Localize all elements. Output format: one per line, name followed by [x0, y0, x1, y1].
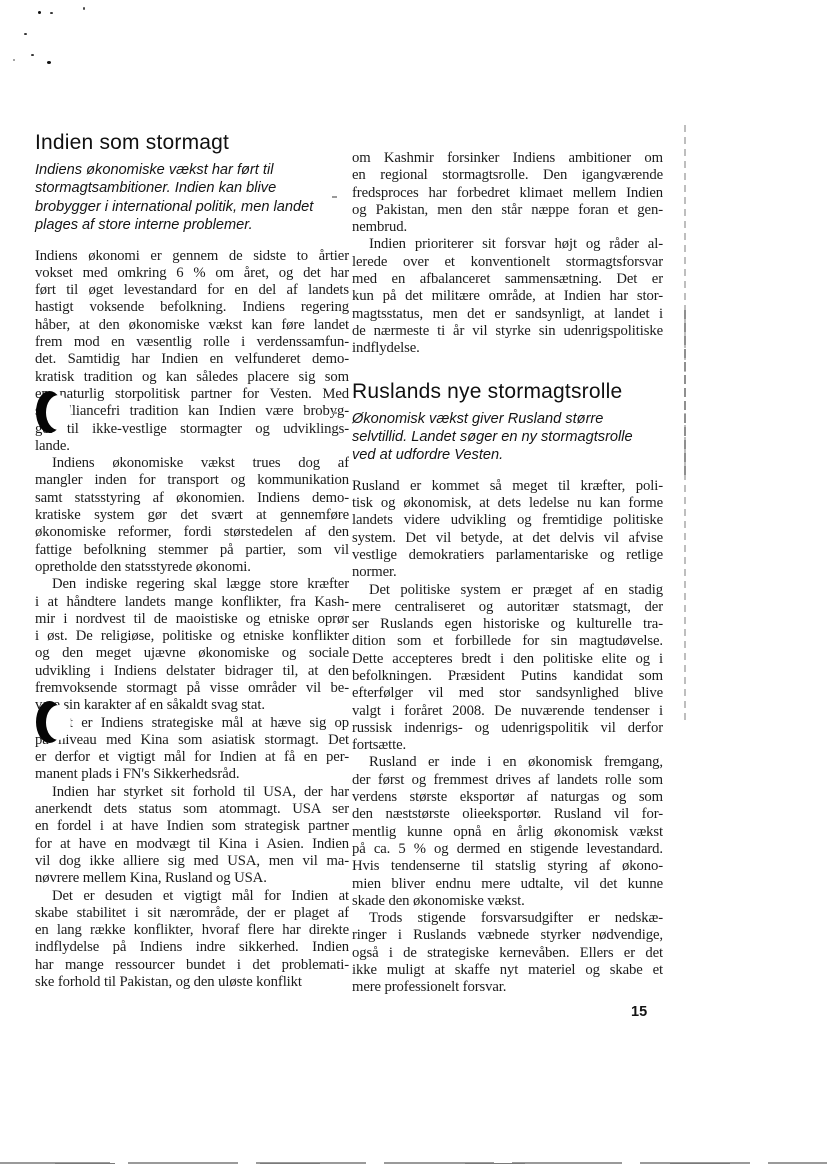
text-line: vare sin karakter af en såkaldt svag sta… [35, 697, 349, 714]
text-line: håber, at den økonomiske vækst kan føre … [35, 317, 349, 334]
scan-tick-mark [332, 196, 337, 198]
text-line: verdens største eksportør af naturgas og… [352, 789, 663, 806]
text-line: russisk indenrigs- og udenrigspolitik vi… [352, 720, 663, 737]
text-line: ske forhold til Pakistan, og den uløste … [35, 974, 349, 991]
text-line: magtsstatus, men det er sandsynligt, at … [352, 306, 663, 323]
text-line: mere professionelt forsvar. [352, 979, 663, 996]
ink-speckle [24, 33, 27, 35]
text-line: og Pakistan, men den står næppe foran et… [352, 202, 663, 219]
paragraph-group: Indiens økonomi er gennem de sidste to å… [35, 248, 349, 992]
text-line: Indien har styrket sit forhold til USA, … [35, 784, 349, 801]
scan-bottom-edge-line-dark [55, 1163, 815, 1164]
text-line: en lang række konflikter, hvoraf flere h… [35, 922, 349, 939]
text-line: udvikling i Indiens delstater bidrager t… [35, 663, 349, 680]
text-line: kratiske system gør det svært at gennemf… [35, 507, 349, 524]
lede-line: plages af store interne problemer. [35, 216, 349, 234]
text-line: skade den økonomiske vækst. [352, 893, 663, 910]
text-line: manent plads i FN's Sikkerhedsråd. [35, 766, 349, 783]
text-line: og den meget ujævne økonomiske og social… [35, 645, 349, 662]
left-column: Indien som stormagtIndiens økonomiske væ… [35, 131, 349, 991]
text-line: Rusland er inde i en økonomisk fremgang, [352, 754, 663, 771]
scan-tick-mark [332, 412, 337, 414]
text-line: vil dog ikke alliere sig med USA, men vi… [35, 853, 349, 870]
text-line: det. Samtidig har Indien en velfunderet … [35, 351, 349, 368]
text-line: ført til øget levestandard for en del af… [35, 282, 349, 299]
scan-edge-dashed-line-dark [684, 310, 686, 475]
text-line: system. Det vil betyde, at det delvis vi… [352, 530, 663, 547]
text-line: sin alliancefri tradition kan Indien vær… [35, 403, 349, 420]
text-line: lande. [35, 438, 349, 455]
text-line: der først og fremmest drives af landets … [352, 772, 663, 789]
text-line: Det politiske system er præget af en sta… [352, 582, 663, 599]
text-line: fredsproces har forbedret klimaet mellem… [352, 185, 663, 202]
text-line: befolkningen. Præsident Putins kandidat … [352, 668, 663, 685]
text-line: fremvoksende stormagt på visse områder v… [35, 680, 349, 697]
text-line: Indien prioriterer sit forsvar højt og r… [352, 236, 663, 253]
text-line: normer. [352, 564, 663, 581]
text-line: dition som et forbillede for sin magtudø… [352, 633, 663, 650]
text-line: fattige befolkning stemmer på partier, s… [35, 542, 349, 559]
text-line: de nærmeste ti år vil styrke sin udenrig… [352, 323, 663, 340]
text-line: en regional stormagtsrolle. Den igangvær… [352, 167, 663, 184]
text-line: fortsætte. [352, 737, 663, 754]
paragraph-group: Rusland er kommet så meget til kræfter, … [352, 478, 663, 997]
lede-line: selvtillid. Landet søger en ny stormagts… [352, 428, 663, 446]
text-line: mien bliver endnu mere udtalte, vil det … [352, 876, 663, 893]
text-line: ikke muligt at skaffe nyt materiel og sk… [352, 962, 663, 979]
text-line: i øst. De religiøse, politiske og etnisk… [35, 628, 349, 645]
ink-blot-crescent [36, 391, 76, 433]
ink-blot-crescent [36, 701, 76, 743]
text-line: Det er desuden et vigtigt mål for Indien… [35, 888, 349, 905]
text-line: Rusland er kommet så meget til kræfter, … [352, 478, 663, 495]
text-line: for at have en modvægt til Kina i Asien.… [35, 836, 349, 853]
text-line: mentlig kunne opnå en årlig økonomisk væ… [352, 824, 663, 841]
text-line: valgt i foråret 2008. De nuværende tende… [352, 703, 663, 720]
text-line: ger til ikke-vestlige stormagter og udvi… [35, 421, 349, 438]
text-line: Hvis tendenserne til statslig styring af… [352, 858, 663, 875]
text-line: med en afbalanceret sammensætning. Det e… [352, 271, 663, 288]
text-line: ser Ruslands egen historiske og kulturel… [352, 616, 663, 633]
text-line: en naturlig storpolitisk partner for Ves… [35, 386, 349, 403]
text-line: har mange ressourcer bundet i det proble… [35, 957, 349, 974]
text-line: Den indiske regering skal lægge store kr… [35, 576, 349, 593]
text-line: indflydelse. [352, 340, 663, 357]
article-lede: Økonomisk vækst giver Rusland størreselv… [352, 410, 663, 465]
ink-speckle [31, 54, 34, 56]
text-line: frem mod en væsentlig rolle i verdenssam… [35, 334, 349, 351]
article-heading: Ruslands nye stormagtsrolle [352, 380, 663, 404]
text-line: mangler inden for transport og kommunika… [35, 472, 349, 489]
text-line: hastigt voksende befolkning. Indiens reg… [35, 299, 349, 316]
document-page: Indien som stormagtIndiens økonomiske væ… [0, 0, 827, 1169]
text-line: på ca. 5 % og dermed en stigende levesta… [352, 841, 663, 858]
text-line: indflydelse på Indiens indre sikkerhed. … [35, 939, 349, 956]
text-line: Indiens økonomiske vækst trues dog af [35, 455, 349, 472]
right-column: om Kashmir forsinker Indiens ambitioner … [352, 150, 663, 997]
lede-line: stormagtsambitioner. Indien kan blive [35, 179, 349, 197]
text-line: på niveau med Kina som asiatisk stormagt… [35, 732, 349, 749]
text-line: den næststørste olieeksportør. Rusland v… [352, 806, 663, 823]
article-heading: Indien som stormagt [35, 131, 349, 155]
text-line: samt statsstyring af økonomien. Indiens … [35, 490, 349, 507]
text-line: i at håndtere landets mange konflikter, … [35, 594, 349, 611]
text-line: opretholde den statsstyrede økonomi. [35, 559, 349, 576]
ink-blot-hollow [46, 395, 71, 430]
text-line: Indiens økonomi er gennem de sidste to å… [35, 248, 349, 265]
text-line: Det er Indiens strategiske mål at hæve s… [35, 715, 349, 732]
text-line: er derfor et vigtigt mål for Indien at f… [35, 749, 349, 766]
text-line: lerede over et konventionelt stormagtsfo… [352, 254, 663, 271]
text-line: også i de strategiske kernevåben. Ellers… [352, 945, 663, 962]
text-line: Trods stigende forsvarsudgifter er nedsk… [352, 910, 663, 927]
text-line: kratisk tradition og kan således placere… [35, 369, 349, 386]
text-line: vestlige demokratiers parlamentariske og… [352, 547, 663, 564]
text-line: vokset med omkring 6 % om året, og det h… [35, 265, 349, 282]
text-line: efterfølger vil med stor sandsynlighed b… [352, 685, 663, 702]
text-line: ringer i Ruslands væbnede styrker nødven… [352, 927, 663, 944]
ink-speckle [38, 11, 41, 14]
text-line: tisk og økonomisk, at dets ledelse nu ka… [352, 495, 663, 512]
text-line: skabe stabilitet i sit nærområde, der er… [35, 905, 349, 922]
lede-line: ved at udfordre Vesten. [352, 446, 663, 464]
ink-speckle [13, 59, 15, 61]
paragraph-group: om Kashmir forsinker Indiens ambitioner … [352, 150, 663, 358]
ink-blot-hollow [46, 705, 71, 740]
lede-line: Økonomisk vækst giver Rusland større [352, 410, 663, 428]
ink-speckle [47, 61, 51, 64]
text-line: landets videre udvikling og fremtidige p… [352, 512, 663, 529]
article-lede: Indiens økonomiske vækst har ført tilsto… [35, 161, 349, 235]
lede-line: Indiens økonomiske vækst har ført til [35, 161, 349, 179]
text-line: mere centraliseret og autoritær statsmag… [352, 599, 663, 616]
text-line: om Kashmir forsinker Indiens ambitioner … [352, 150, 663, 167]
page-number: 15 [631, 1004, 647, 1020]
text-line: nøvrere mellem Kina, Rusland og USA. [35, 870, 349, 887]
text-line: anerkendt dets status som atommagt. USA … [35, 801, 349, 818]
text-line: økonomiske reformer, fordi størstedelen … [35, 524, 349, 541]
text-line: mir i nordvest til de maoistiske og etni… [35, 611, 349, 628]
text-line: kun på det militære område, at Indien ha… [352, 288, 663, 305]
text-line: nembrud. [352, 219, 663, 236]
text-line: en fordel i at have Indien som strategis… [35, 818, 349, 835]
ink-speckle [50, 12, 53, 14]
text-line: Dette accepteres bredt i den politiske e… [352, 651, 663, 668]
ink-speckle [83, 7, 85, 10]
lede-line: brobygger i international politik, men l… [35, 198, 349, 216]
